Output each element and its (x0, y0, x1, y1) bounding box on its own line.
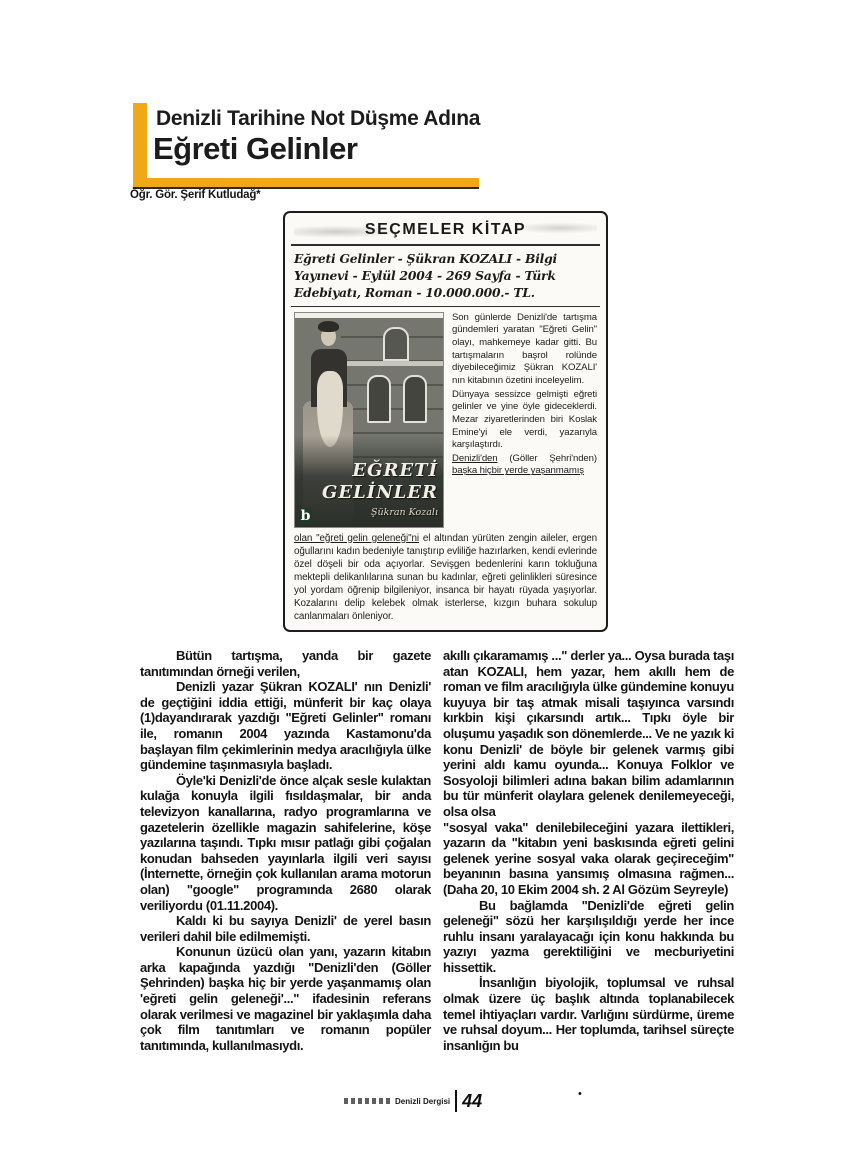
footer-divider (455, 1090, 457, 1112)
newspaper-clipping: SEÇMELER KİTAP Eğreti Gelinler - Şükran … (283, 211, 608, 632)
body-paragraph: Bütün tartışma, yanda bir gazete tanıtım… (140, 648, 431, 679)
underlined-phrase: başka hiçbir yerde yaşanmamış (452, 465, 584, 476)
body-paragraph: Bu bağlamda "Denizli'de eğreti gelin gel… (443, 898, 734, 976)
clipping-media-row: EĞRETİ GELİNLER Şükran Kozalı b Son günl… (294, 312, 597, 528)
page-number: 44 (462, 1091, 482, 1112)
clipping-paragraph: Denizli'den (Göller Şehri'nden) başka hi… (452, 453, 597, 478)
cover-arch-window (403, 375, 427, 423)
clipping-side-column: Son günlerde Denizli'de tartışma gündeml… (452, 312, 597, 528)
body-paragraph: İnsanlığın biyolojik, toplumsal ve ruhsa… (443, 975, 734, 1053)
magazine-page: Denizli Tarihine Not Düşme Adına Eğreti … (0, 0, 866, 1161)
journal-imprint: Denizli Dergisi (395, 1097, 450, 1106)
body-paragraph: Öyle'ki Denizli'de önce alçak sesle kula… (140, 773, 431, 913)
accent-vertical-bar (133, 103, 147, 183)
clipping-bottom-paragraph: olan "eğreti gelin geleneği"ni el altınd… (294, 532, 597, 623)
cover-title-line1: EĞRETİ (322, 460, 438, 483)
article-kicker: Denizli Tarihine Not Düşme Adına (156, 107, 480, 131)
body-paragraph: Denizli yazar Şükran KOZALI' nın Denizli… (140, 679, 431, 773)
body-paragraph: Kaldı ki bu sayıya Denizli' de yerel bas… (140, 913, 431, 944)
book-citation: Eğreti Gelinler - Şükran KOZALI - Bilgi … (294, 250, 597, 302)
book-cover-image: EĞRETİ GELİNLER Şükran Kozalı b (294, 312, 444, 528)
cover-title-block: EĞRETİ GELİNLER Şükran Kozalı (322, 460, 438, 519)
author-byline: Öğr. Gör. Şerif Kutludağ* (130, 189, 260, 201)
cover-title-line2: GELİNLER (322, 482, 438, 505)
clipping-paragraph: Son günlerde Denizli'de tartışma gündeml… (452, 312, 597, 388)
underlined-phrase: olan "eğreti gelin geleneği"ni (294, 533, 419, 544)
cover-author: Şükran Kozalı (322, 507, 438, 519)
left-column: Bütün tartışma, yanda bir gazete tanıtım… (140, 648, 431, 1053)
clipping-section-title: SEÇMELER KİTAP (294, 218, 597, 243)
right-column: akıllı çıkaramamış ..." derler ya... Oys… (443, 648, 734, 1053)
body-paragraph: "sosyal vaka" denilebileceğini yazara il… (443, 820, 734, 898)
page-footer: Denizli Dergisi 44 (344, 1090, 482, 1112)
cover-woman-figure (318, 321, 339, 332)
article-body: Bütün tartışma, yanda bir gazete tanıtım… (140, 648, 734, 1053)
publisher-logo: b (299, 508, 312, 524)
cover-arch-window (383, 327, 409, 361)
plain-phrase: (Göller Şehri'nden) (498, 453, 597, 464)
plain-phrase: el altından yürüten zengin aileler, erge… (294, 533, 597, 622)
footnote-dot: • (578, 1088, 582, 1100)
body-paragraph: akıllı çıkaramamış ..." derler ya... Oys… (443, 648, 734, 820)
clipping-paragraph: Dünyaya sessizce gelmişti eğreti gelinle… (452, 389, 597, 452)
clipping-divider-top (291, 244, 600, 246)
body-paragraph: Konunun üzücü olan yanı, yazarın kitabın… (140, 944, 431, 1053)
clipping-divider-mid (291, 306, 600, 307)
cover-arch-window (367, 375, 391, 423)
accent-underline-bar (133, 178, 479, 189)
footer-smudge-art (344, 1098, 390, 1104)
cover-cornice-art (341, 361, 443, 366)
underlined-phrase: Denizli'den (452, 453, 498, 464)
article-title: Eğreti Gelinler (153, 131, 357, 167)
